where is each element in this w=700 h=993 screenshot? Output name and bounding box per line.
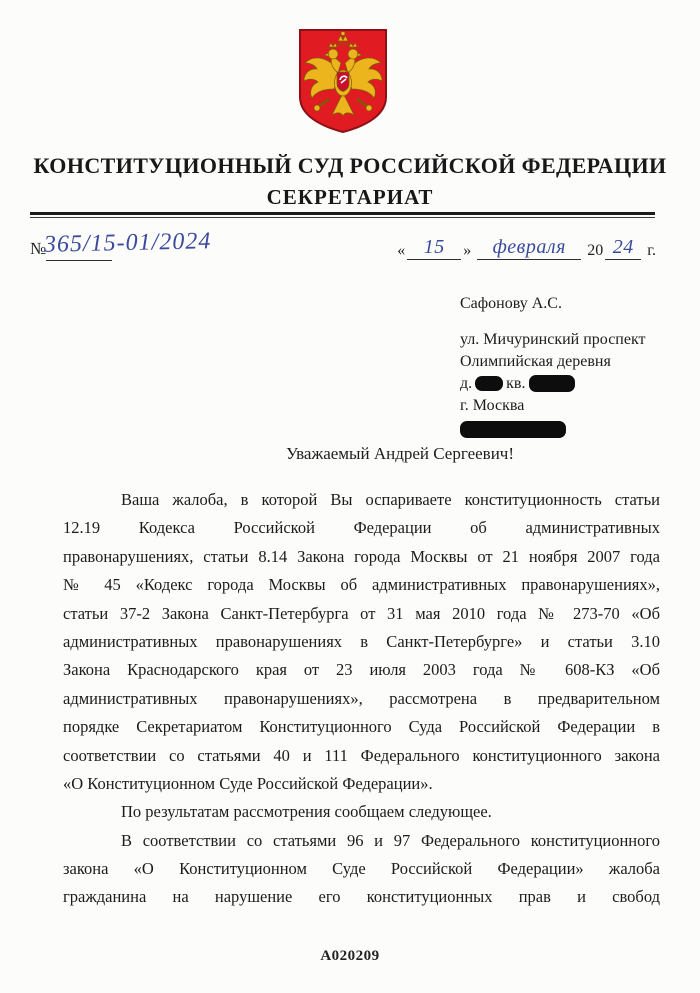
addressee-block: Сафонову А.С. ул. Мичуринский проспект О…	[460, 293, 646, 439]
date-field: «15» февраля 2024 г.	[395, 238, 658, 260]
handwritten-year: 24	[613, 236, 634, 258]
close-quote: »	[461, 242, 473, 259]
organization-name: КОНСТИТУЦИОННЫЙ СУД РОССИЙСКОЙ ФЕДЕРАЦИИ	[0, 153, 700, 179]
handwritten-month: февраля	[493, 236, 566, 258]
redaction-postal-code	[460, 421, 566, 438]
addressee-name: Сафонову А.С.	[460, 293, 646, 315]
body-line: Ваша жалоба, в которой Вы оспариваете ко…	[63, 486, 660, 514]
body-line: № 45 «Кодекс города Москвы об администра…	[63, 571, 660, 599]
body-line: гражданина на нарушение его конституцион…	[63, 883, 660, 911]
body-line: «О Конституционном Суде Российской Федер…	[63, 770, 660, 798]
house-label: д.	[460, 375, 472, 392]
body-line: Закона Краснодарского края от 23 июля 20…	[63, 656, 660, 684]
letter-body: Ваша жалоба, в которой Вы оспариваете ко…	[63, 486, 660, 912]
body-line: порядке Секретариатом Конституционного С…	[63, 713, 660, 741]
year-century: 20	[585, 242, 605, 259]
redaction-apartment-number	[529, 375, 575, 392]
day-underline: 15	[407, 238, 461, 260]
body-line: статьи 37-2 Закона Санкт-Петербурга от 3…	[63, 600, 660, 628]
apartment-label: кв.	[506, 375, 525, 392]
addressee-street: ул. Мичуринский проспект	[460, 329, 646, 351]
redaction-house-number	[475, 376, 503, 391]
scanned-letter-page: КОНСТИТУЦИОННЫЙ СУД РОССИЙСКОЙ ФЕДЕРАЦИИ…	[0, 0, 700, 993]
addressee-city: г. Москва	[460, 395, 646, 417]
body-line: В соответствии со статьями 96 и 97 Федер…	[63, 827, 660, 855]
body-line: По результатам рассмотрения сообщаем сле…	[63, 798, 660, 826]
handwritten-outgoing-number: 365/15-01/2024	[44, 228, 212, 258]
body-line: административных правонарушениях», рассм…	[63, 685, 660, 713]
body-line: 12.19 Кодекса Российской Федерации об ад…	[63, 514, 660, 542]
body-line: соответствии со статьями 40 и 111 Федера…	[63, 742, 660, 770]
russian-coat-of-arms-icon	[296, 27, 390, 135]
salutation: Уважаемый Андрей Сергеевич!	[100, 444, 700, 464]
body-line: закона «О Конституционном Суде Российско…	[63, 855, 660, 883]
body-line: правонарушениях, статьи 8.14 Закона горо…	[63, 543, 660, 571]
outgoing-number-field: № 365/15-01/2024	[30, 230, 330, 270]
header-divider	[30, 212, 655, 218]
emblem-box	[296, 27, 390, 135]
body-line: административных правонарушениях в Санкт…	[63, 628, 660, 656]
handwritten-day: 15	[424, 236, 445, 258]
reference-row: № 365/15-01/2024 «15» февраля 2024 г.	[30, 230, 660, 272]
year-underline: 24	[605, 238, 641, 260]
month-underline: февраля	[477, 238, 581, 260]
open-quote: «	[395, 242, 407, 259]
addressee-district: Олимпийская деревня	[460, 351, 646, 373]
department-name: СЕКРЕТАРИАТ	[0, 185, 700, 210]
year-suffix: г.	[645, 242, 658, 259]
addressee-postal	[460, 417, 646, 439]
number-underline	[46, 260, 112, 261]
addressee-house-apartment: д.кв.	[460, 373, 646, 395]
footer-code: А020209	[0, 948, 700, 965]
